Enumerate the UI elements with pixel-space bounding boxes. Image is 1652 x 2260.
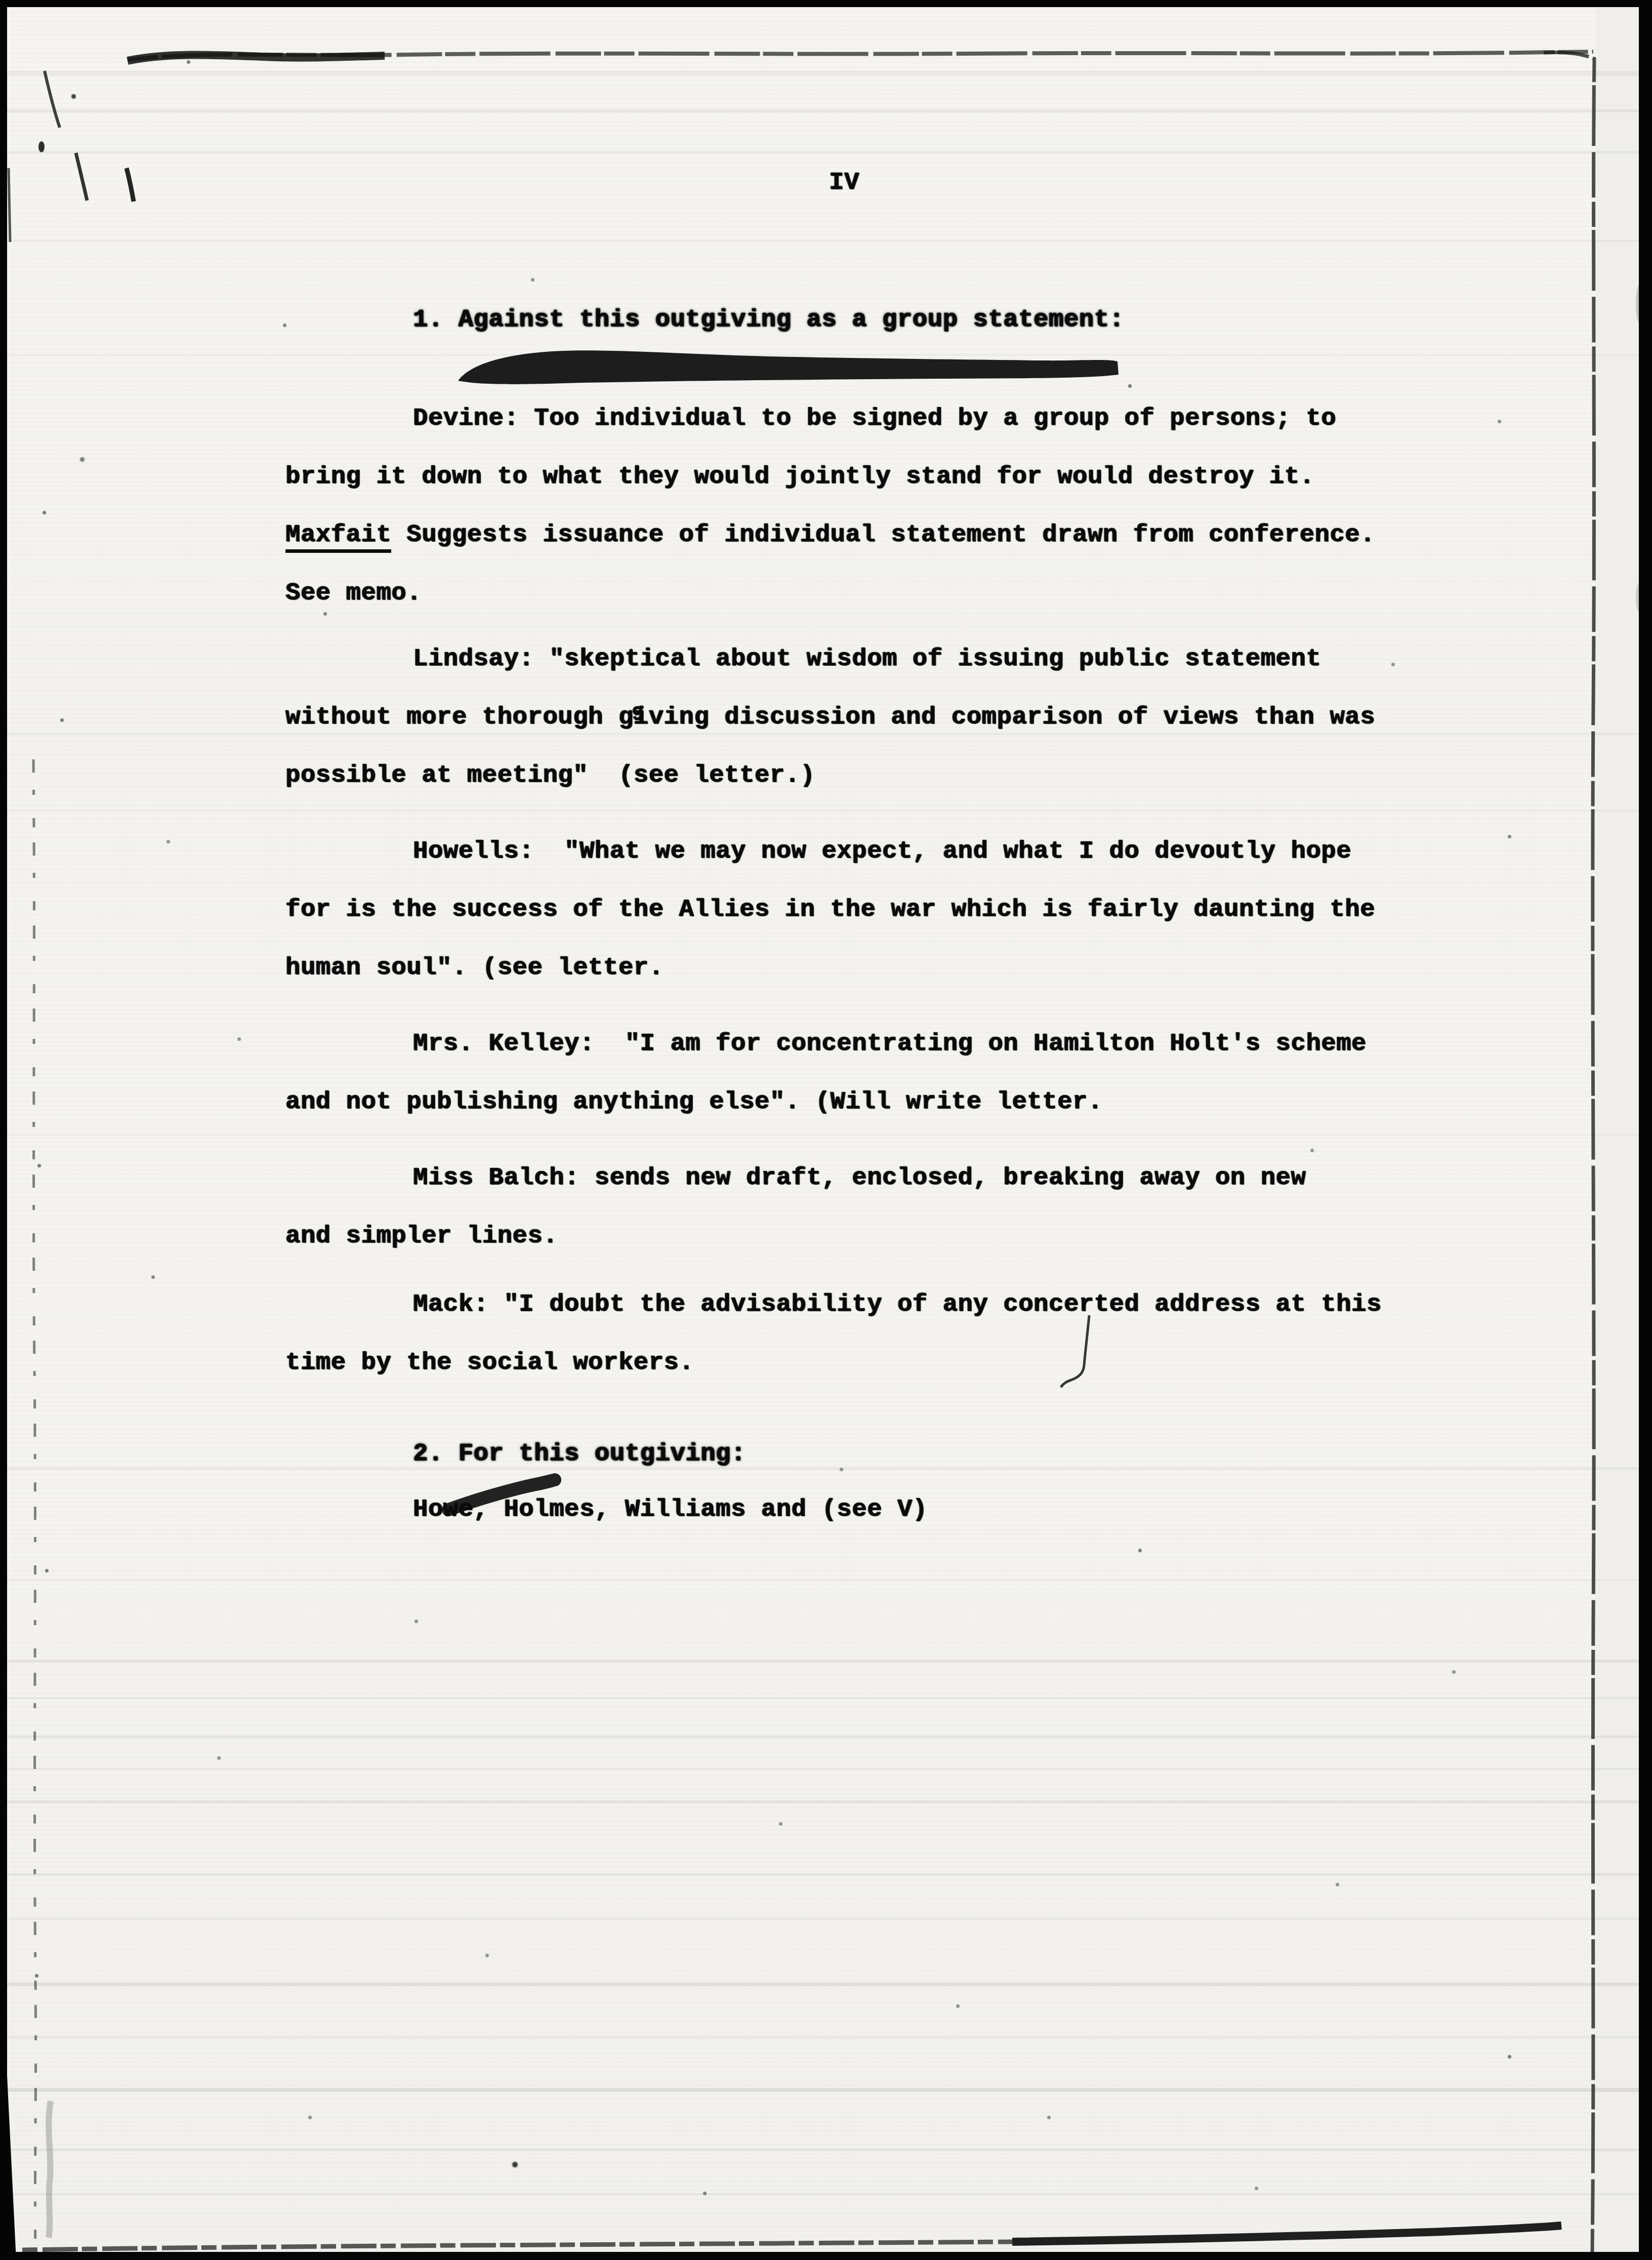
typewritten-text-layer: IV 1. Against this outgiving as a group … [0, 0, 1652, 2260]
line-lindsay-1: Lindsay: "skeptical about wisdom of issu… [413, 644, 1321, 673]
line-kelley-1: Mrs. Kelley: "I am for concentrating on … [413, 1029, 1367, 1058]
line-devine-1: Devine: Too individual to be signed by a… [413, 403, 1336, 433]
line-mack-2: time by the social workers. [285, 1348, 694, 1377]
line-lindsay-2: without more thorough giving discussion … [285, 702, 1375, 732]
line-maxfait-rest: Suggests issuance of individual statemen… [391, 520, 1375, 549]
line-devine-2: bring it down to what they would jointly… [285, 462, 1315, 491]
line-see-memo: See memo. [285, 578, 422, 608]
line-howells-3: human soul". (see letter. [285, 953, 664, 982]
line-howells-1: Howells: "What we may now expect, and wh… [413, 836, 1351, 866]
underlined-name: Maxfait [285, 520, 391, 553]
typed-insert-character: 9 [632, 704, 644, 727]
page-number: IV [829, 168, 859, 197]
line-howe-holmes: Howe, Holmes, Williams and (see V) [413, 1495, 928, 1524]
scan-border-top [0, 0, 1652, 7]
line-balch-2: and simpler lines. [285, 1221, 558, 1250]
line-lindsay-3: possible at meeting" (see letter.) [285, 760, 815, 790]
scan-border-left [0, 0, 7, 2260]
line-maxfait: Maxfait Suggests issuance of individual … [285, 520, 1375, 549]
line-howells-2: for is the success of the Allies in the … [285, 895, 1375, 924]
line-balch-1: Miss Balch: sends new draft, enclosed, b… [413, 1163, 1306, 1192]
line-kelley-2: and not publishing anything else". (Will… [285, 1087, 1103, 1116]
scan-border-bottom [0, 2252, 1652, 2260]
scan-border-right [1639, 0, 1652, 2260]
scanned-document-page: IV 1. Against this outgiving as a group … [0, 0, 1652, 2260]
line-mack-1: Mack: "I doubt the advisability of any c… [413, 1289, 1382, 1319]
heading-against-statement: 1. Against this outgiving as a group sta… [413, 305, 1125, 334]
heading-for-outgiving: 2. For this outgiving: [413, 1439, 746, 1468]
